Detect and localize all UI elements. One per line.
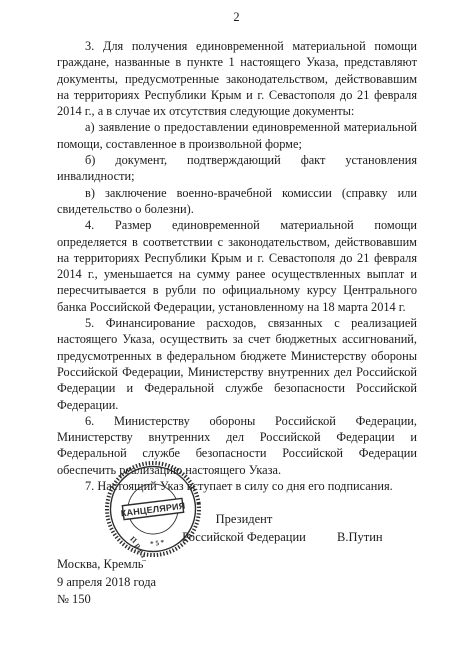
paragraph-3-item-b: б) документ, подтверждающий факт установ…: [57, 152, 417, 185]
page-number: 2: [0, 10, 473, 25]
document-footer: Москва, Кремль 9 апреля 2018 года № 150: [57, 556, 156, 609]
signature-block: Президент Российской Федерации В.Путин: [177, 511, 383, 546]
paragraph-3-item-a: а) заявление о предоставлении единовреме…: [57, 119, 417, 152]
footer-number: № 150: [57, 591, 156, 609]
paragraph-3-item-v: в) заключение военно-врачебной комиссии …: [57, 185, 417, 218]
signature-title: Президент Российской Федерации: [177, 511, 311, 546]
signature-title-line2: Российской Федерации: [177, 529, 311, 547]
paragraph-4: 4. Размер единовременной материальной по…: [57, 217, 417, 315]
footer-date: 9 апреля 2018 года: [57, 574, 156, 592]
document-page: 2 3. Для получения единовременной матери…: [0, 0, 473, 650]
stamp-bottom-number: * 5 *: [150, 538, 165, 548]
paragraph-3: 3. Для получения единовременной материал…: [57, 38, 417, 119]
signature-title-line1: Президент: [177, 511, 311, 529]
footer-place: Москва, Кремль: [57, 556, 156, 574]
document-body: 3. Для получения единовременной материал…: [57, 38, 417, 494]
signature-name: В.Путин: [337, 529, 383, 547]
paragraph-5: 5. Финансирование расходов, связанных с …: [57, 315, 417, 413]
